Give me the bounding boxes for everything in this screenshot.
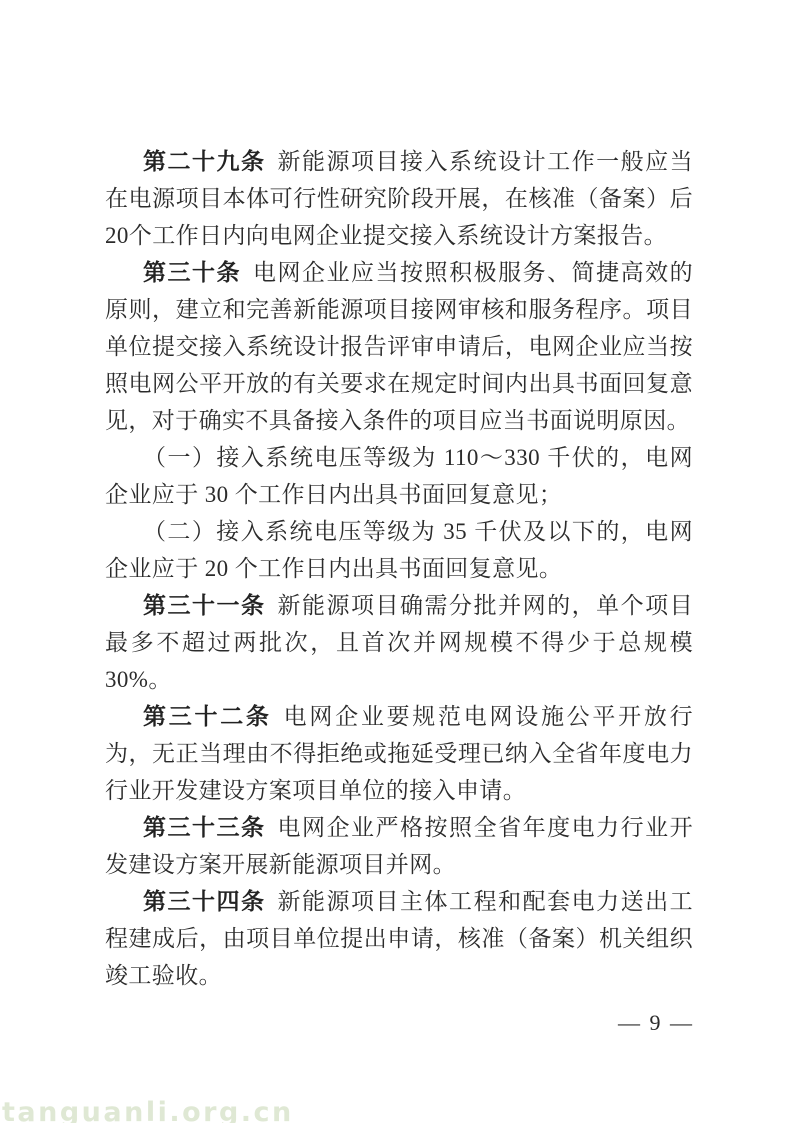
paragraph-clause-1: （一）接入系统电压等级为 110～330 千伏的，电网企业应于 30 个工作日内…	[105, 439, 693, 513]
paragraph-article-33: 第三十三条电网企业严格按照全省年度电力行业开发建设方案开展新能源项目并网。	[105, 809, 693, 883]
watermark-text: tanguanli.org.cn	[2, 1097, 294, 1123]
article-34-number: 第三十四条	[143, 889, 266, 914]
article-33-number: 第三十三条	[143, 815, 266, 840]
article-29-number: 第二十九条	[143, 149, 266, 174]
paragraph-clause-2: （二）接入系统电压等级为 35 千伏及以下的，电网企业应于 20 个工作日内出具…	[105, 513, 693, 587]
article-30-text: 电网企业应当按照积极服务、简捷高效的原则，建立和完善新能源项目接网审核和服务程序…	[105, 260, 693, 433]
paragraph-article-32: 第三十二条电网企业要规范电网设施公平开放行为，无正当理由不得拒绝或拖延受理已纳入…	[105, 698, 693, 809]
page-number: — 9 —	[618, 1010, 694, 1036]
paragraph-article-29: 第二十九条新能源项目接入系统设计工作一般应当在电源项目本体可行性研究阶段开展，在…	[105, 143, 693, 254]
document-page: 第二十九条新能源项目接入系统设计工作一般应当在电源项目本体可行性研究阶段开展，在…	[0, 0, 794, 1123]
clause-1-text: （一）接入系统电压等级为 110～330 千伏的，电网企业应于 30 个工作日内…	[105, 445, 693, 507]
paragraph-article-34: 第三十四条新能源项目主体工程和配套电力送出工程建成后，由项目单位提出申请，核准（…	[105, 883, 693, 994]
document-body: 第二十九条新能源项目接入系统设计工作一般应当在电源项目本体可行性研究阶段开展，在…	[105, 143, 693, 994]
article-32-number: 第三十二条	[143, 704, 272, 729]
paragraph-article-30: 第三十条电网企业应当按照积极服务、简捷高效的原则，建立和完善新能源项目接网审核和…	[105, 254, 693, 439]
article-31-number: 第三十一条	[143, 593, 266, 618]
paragraph-article-31: 第三十一条新能源项目确需分批并网的，单个项目最多不超过两批次，且首次并网规模不得…	[105, 587, 693, 698]
article-30-number: 第三十条	[143, 260, 241, 285]
clause-2-text: （二）接入系统电压等级为 35 千伏及以下的，电网企业应于 20 个工作日内出具…	[105, 519, 693, 581]
